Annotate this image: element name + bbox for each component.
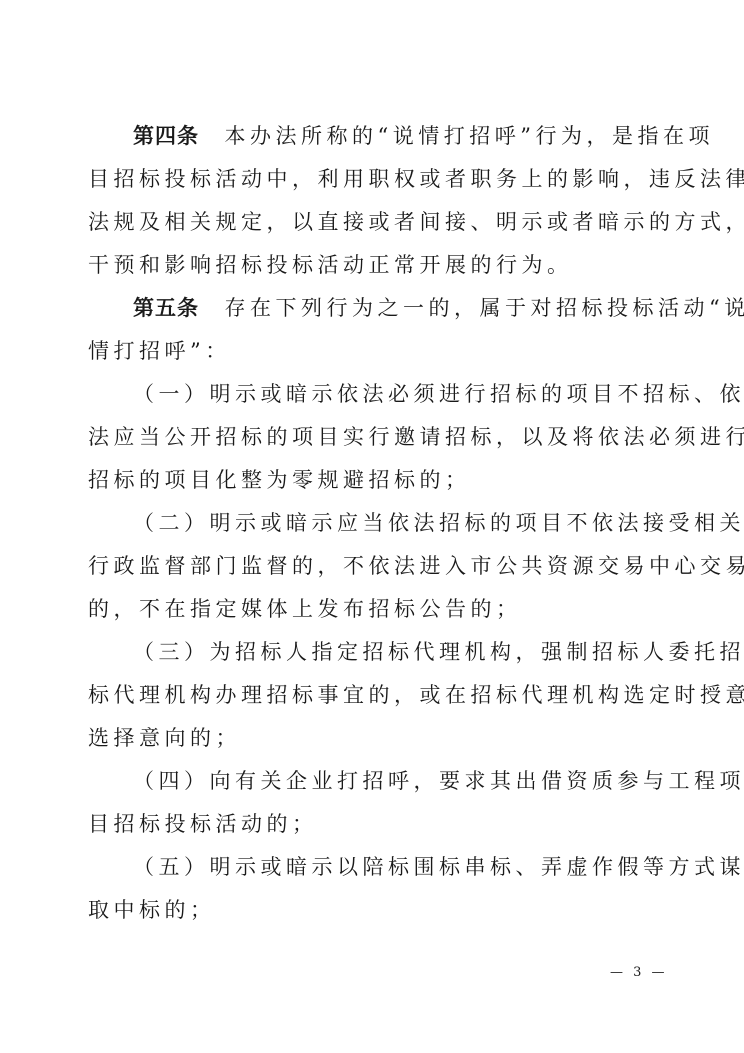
clause-4-line-2: 目招标投标活动的； <box>88 812 658 836</box>
article-5-line-2: 情打招呼”： <box>88 339 658 363</box>
page-number: — 3 — <box>610 965 668 980</box>
clause-4-line-1: （四）向有关企业打招呼，要求其出借资质参与工程项 <box>133 769 703 793</box>
document-page: 第四条 本办法所称的“说情打招呼”行为，是指在项 目招标投标活动中，利用职权或者… <box>0 0 744 1053</box>
article-5-label: 第五条 <box>133 296 199 320</box>
clause-2-line-2: 行政监督部门监督的，不依法进入市公共资源交易中心交易 <box>88 554 658 578</box>
clause-2-line-3: 的，不在指定媒体上发布招标公告的； <box>88 597 658 621</box>
clause-5-line-1: （五）明示或暗示以陪标围标串标、弄虚作假等方式谋 <box>133 855 703 879</box>
clause-3-line-1: （三）为招标人指定招标代理机构，强制招标人委托招 <box>133 640 703 664</box>
article-4-line-1: 第四条 本办法所称的“说情打招呼”行为，是指在项 <box>133 124 703 148</box>
clause-1-line-2: 法应当公开招标的项目实行邀请招标，以及将依法必须进行 <box>88 425 658 449</box>
article-5-line-1: 第五条 存在下列行为之一的，属于对招标投标活动“说 <box>133 296 703 320</box>
article-4-line-3: 法规及相关规定，以直接或者间接、明示或者暗示的方式， <box>88 210 658 234</box>
clause-5-line-2: 取中标的； <box>88 898 658 922</box>
article-4-line-4: 干预和影响招标投标活动正常开展的行为。 <box>88 253 658 277</box>
clause-2-line-1: （二）明示或暗示应当依法招标的项目不依法接受相关 <box>133 511 703 535</box>
clause-3-line-2: 标代理机构办理招标事宜的，或在招标代理机构选定时授意 <box>88 683 658 707</box>
article-4-line-2: 目招标投标活动中，利用职权或者职务上的影响，违反法律、 <box>88 167 658 191</box>
clause-1-line-3: 招标的项目化整为零规避招标的； <box>88 468 658 492</box>
clause-3-line-3: 选择意向的； <box>88 726 658 750</box>
clause-1-line-1: （一）明示或暗示依法必须进行招标的项目不招标、依 <box>133 382 703 406</box>
article-4-label: 第四条 <box>133 124 199 148</box>
